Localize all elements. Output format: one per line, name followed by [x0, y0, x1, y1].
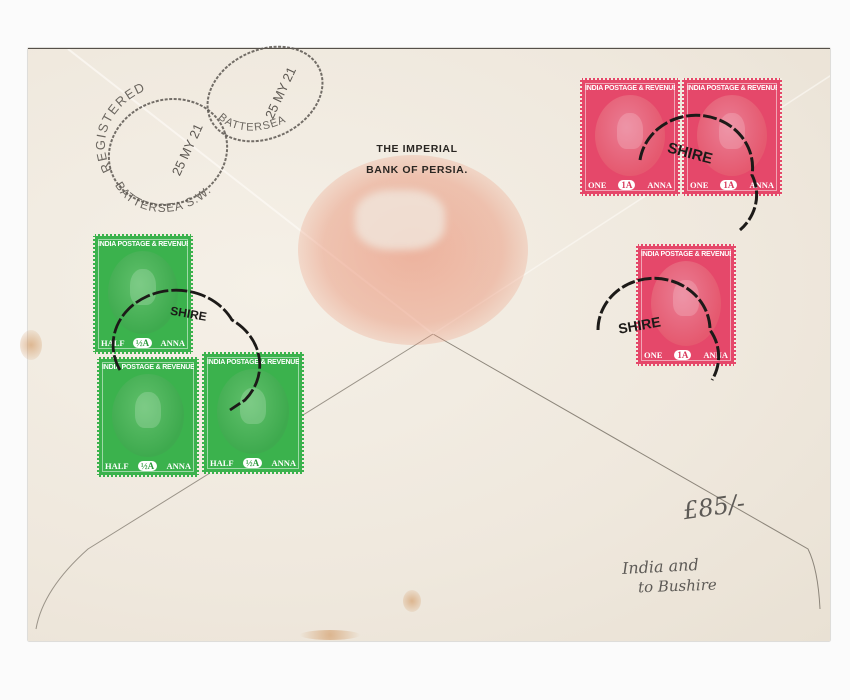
stamp-caption: INDIA POSTAGE & REVENUE: [207, 357, 299, 368]
bank-imprint: THE IMPERIAL BANK OF PERSIA.: [332, 139, 502, 181]
stamp-right-label: ANNA: [749, 180, 774, 190]
stamp-right-label: ANNA: [271, 458, 296, 468]
wax-seal-worn-area: [355, 190, 445, 250]
foxing-stain: [300, 630, 360, 640]
stamp-right-label: ANNA: [703, 350, 728, 360]
stamp-half-anna: INDIA POSTAGE & REVENUE HALF½AANNA: [93, 234, 193, 354]
stamp-one-anna: INDIA POSTAGE & REVENUE ONE1AANNA: [682, 78, 782, 196]
pencil-note-line2: to Bushire: [638, 576, 717, 597]
bank-imprint-line1: THE IMPERIAL: [332, 139, 502, 160]
stamp-right-label: ANNA: [166, 461, 191, 471]
stamp-one-anna: INDIA POSTAGE & REVENUE ONE1AANNA: [636, 244, 736, 366]
stamp-caption: INDIA POSTAGE & REVENUE: [687, 83, 777, 94]
stamp-left-label: ONE: [690, 180, 708, 190]
stamp-value: ½A: [133, 338, 152, 348]
bank-imprint-line2: BANK OF PERSIA.: [332, 160, 502, 181]
stamp-value: 1A: [618, 180, 635, 190]
stamp-half-anna: INDIA POSTAGE & REVENUE HALF½AANNA: [97, 357, 199, 477]
stamp-value: 1A: [674, 350, 691, 360]
stamp-left-label: HALF: [105, 461, 129, 471]
wax-seal-residue: [298, 155, 528, 345]
stamp-right-label: ANNA: [647, 180, 672, 190]
stamp-caption: INDIA POSTAGE & REVENUE: [641, 249, 731, 260]
foxing-stain: [403, 590, 421, 612]
stamp-value: 1A: [720, 180, 737, 190]
pencil-note-line1: India and: [622, 555, 700, 578]
stamp-caption: INDIA POSTAGE & REVENUE: [585, 83, 675, 94]
stamp-caption: INDIA POSTAGE & REVENUE: [102, 362, 194, 373]
stamp-value: ½A: [138, 461, 157, 471]
stamp-half-anna: INDIA POSTAGE & REVENUE HALF½AANNA: [202, 352, 304, 474]
stamp-one-anna: INDIA POSTAGE & REVENUE ONE1AANNA: [580, 78, 680, 196]
stamp-caption: INDIA POSTAGE & REVENUE: [98, 239, 188, 250]
stamp-left-label: HALF: [101, 338, 125, 348]
stamp-left-label: ONE: [588, 180, 606, 190]
foxing-stain: [20, 330, 42, 360]
stamp-value: ½A: [243, 458, 262, 468]
stamp-left-label: ONE: [644, 350, 662, 360]
stamp-right-label: ANNA: [160, 338, 185, 348]
stamp-left-label: HALF: [210, 458, 234, 468]
